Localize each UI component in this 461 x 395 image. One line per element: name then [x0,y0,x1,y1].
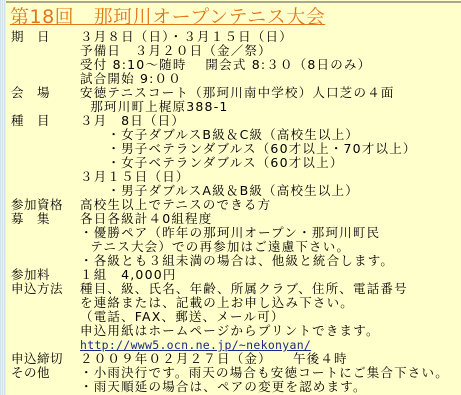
row-application: 申込方法種目、級、氏名、年齢、所属クラブ、住所、電話番号 [11,282,461,296]
value: ・雨天順延の場合は、ペアの変更を認めます。 [80,380,461,394]
value: 予備日 ３月２０日（金／祭） [80,44,461,58]
value: 安徳テニスコート（那珂川南中学校）人口芝の４面 [80,86,461,100]
label-deadline: 申込締切 [11,352,80,366]
row-link: http://www5.ocn.ne.jp/~nekonyan/ [11,338,461,352]
value: ・女子ダブルスB級＆C級（高校生以上） [80,128,461,142]
label-venue: 会 場 [11,86,80,100]
label [11,44,80,58]
label [11,58,80,72]
value: ３月１５日（日） [80,170,461,184]
row: ・女子ベテランダブルス（60才以上） [11,156,461,170]
label-dates: 期 日 [11,30,80,44]
value: を連絡または、記載の上お申し込み下さい。 [80,296,461,310]
label-application: 申込方法 [11,282,80,296]
row-events: 種 目３月 8日（日） [11,114,461,128]
value: テニス大会）での再参加はご遠慮下さい。 [80,240,461,254]
left-border-strip [0,0,6,395]
value: ３月８日（日）・３月１５日（日） [80,30,461,44]
top-rule [6,1,461,3]
row: 那珂川町上梶原388-1 [11,100,461,114]
value: 種目、級、氏名、年齢、所属クラブ、住所、電話番号 [80,282,461,296]
row: 申込用紙はホームページからプリントできます。 [11,324,461,338]
value: （電話、FAX、郵送、メール可） [80,310,461,324]
row: ・優勝ペア（昨年の那珂川オープン・那珂川町民 [11,226,461,240]
row: 受付 8:10～随時 開会式 8:３０（8日のみ） [11,58,461,72]
row-recruitment: 募 集各日各級計４0組程度 [11,212,461,226]
value: ・男子ダブルスA級＆B級（高校生以上） [80,184,461,198]
label [11,170,80,184]
row: ・男子ダブルスA級＆B級（高校生以上） [11,184,461,198]
row: を連絡または、記載の上お申し込み下さい。 [11,296,461,310]
row: ３月１５日（日） [11,170,461,184]
row: （電話、FAX、郵送、メール可） [11,310,461,324]
label [11,240,80,254]
label [11,100,80,114]
value: ・男子ベテランダブルス（60才以上・70才以上） [80,142,461,156]
row-venue: 会 場安徳テニスコート（那珂川南中学校）人口芝の４面 [11,86,461,100]
value: ・優勝ペア（昨年の那珂川オープン・那珂川町民 [80,226,461,240]
label-eligibility: 参加資格 [11,198,80,212]
label-other: その他 [11,366,80,380]
label [11,254,80,268]
page-title: 第18回 那珂川オープンテニス大会 [10,6,325,28]
row: 試合開始 9:００ [11,72,461,86]
row-fee: 参加料１組 4,000円 [11,268,461,282]
label [11,72,80,86]
event-details: 期 日３月８日（日）・３月１５日（日） 予備日 ３月２０日（金／祭） 受付 8:… [11,30,461,394]
value: ・小雨決行です。雨天の場合も安徳コートにご集合下さい。 [80,366,461,380]
value: 試合開始 9:００ [80,72,461,86]
value: 各日各級計４0組程度 [80,212,461,226]
row: ・各級とも３組未満の場合は、他級と統合します。 [11,254,461,268]
label-recruitment: 募 集 [11,212,80,226]
label [11,226,80,240]
label [11,142,80,156]
value: ３月 8日（日） [80,114,461,128]
row-dates: 期 日３月８日（日）・３月１５日（日） [11,30,461,44]
label [11,296,80,310]
row-other: その他・小雨決行です。雨天の場合も安徳コートにご集合下さい。 [11,366,461,380]
value: 那珂川町上梶原388-1 [80,100,461,114]
homepage-link[interactable]: http://www5.ocn.ne.jp/~nekonyan/ [80,338,311,352]
label [11,338,80,352]
value: ２００９年０２月２７日（金） 午後４時 [80,352,461,366]
value: 受付 8:10～随時 開会式 8:３０（8日のみ） [80,58,461,72]
row: ・雨天順延の場合は、ペアの変更を認めます。 [11,380,461,394]
row: 予備日 ３月２０日（金／祭） [11,44,461,58]
row-eligibility: 参加資格高校生以上でテニスのできる方 [11,198,461,212]
row: ・女子ダブルスB級＆C級（高校生以上） [11,128,461,142]
label [11,184,80,198]
label [11,128,80,142]
label-fee: 参加料 [11,268,80,282]
row-deadline: 申込締切２００９年０２月２７日（金） 午後４時 [11,352,461,366]
row: テニス大会）での再参加はご遠慮下さい。 [11,240,461,254]
row: ・男子ベテランダブルス（60才以上・70才以上） [11,142,461,156]
label [11,324,80,338]
value: ・女子ベテランダブルス（60才以上） [80,156,461,170]
label-events: 種 目 [11,114,80,128]
label [11,156,80,170]
value: １組 4,000円 [80,268,461,282]
value: ・各級とも３組未満の場合は、他級と統合します。 [80,254,461,268]
label [11,310,80,324]
label [11,380,80,394]
value: 高校生以上でテニスのできる方 [80,198,461,212]
value: 申込用紙はホームページからプリントできます。 [80,324,461,338]
